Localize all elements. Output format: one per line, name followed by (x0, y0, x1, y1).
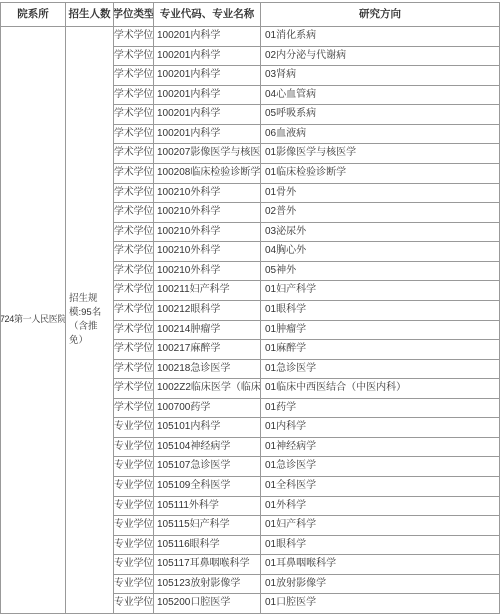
degree-type-cell: 学术学位 (114, 47, 154, 67)
degree-type-cell: 专业学位 (114, 555, 154, 575)
direction-cell: 01药学 (261, 399, 500, 419)
degree-type-cell: 学术学位 (114, 321, 154, 341)
degree-type-cell: 学术学位 (114, 281, 154, 301)
direction-cell: 04胸心外 (261, 242, 500, 262)
direction-cell: 02普外 (261, 203, 500, 223)
admission-table: 院系所 招生人数 学位类型 专业代码、专业名称 研究方向 724第一人民医院 招… (0, 2, 500, 614)
major-cell: 100207影像医学与核医学 (154, 144, 261, 164)
degree-type-cell: 学术学位 (114, 301, 154, 321)
header-degree-type: 学位类型 (114, 3, 154, 27)
major-cell: 100217麻醉学 (154, 340, 261, 360)
degree-type-cell: 学术学位 (114, 340, 154, 360)
major-cell: 100210外科学 (154, 262, 261, 282)
direction-cell: 01外科学 (261, 497, 500, 517)
major-cell: 100700药学 (154, 399, 261, 419)
degree-type-cell: 学术学位 (114, 184, 154, 204)
major-cell: 100210外科学 (154, 184, 261, 204)
major-cell: 1002Z2临床医学（临床中西医 (154, 379, 261, 399)
major-cell: 100212眼科学 (154, 301, 261, 321)
degree-type-cell: 学术学位 (114, 86, 154, 106)
degree-type-cell: 学术学位 (114, 399, 154, 419)
direction-cell: 01妇产科学 (261, 281, 500, 301)
direction-cell: 01肿瘤学 (261, 321, 500, 341)
major-cell: 105116眼科学 (154, 536, 261, 556)
degree-type-cell: 学术学位 (114, 105, 154, 125)
major-cell: 105104神经病学 (154, 438, 261, 458)
direction-cell: 02内分泌与代谢病 (261, 47, 500, 67)
degree-type-cell: 学术学位 (114, 242, 154, 262)
major-cell: 105123放射影像学 (154, 575, 261, 595)
major-cell: 100210外科学 (154, 242, 261, 262)
direction-cell: 03泌尿外 (261, 223, 500, 243)
major-cell: 105101内科学 (154, 418, 261, 438)
degree-type-cell: 专业学位 (114, 536, 154, 556)
major-cell: 105109全科医学 (154, 477, 261, 497)
department-cell: 724第一人民医院 (1, 27, 66, 614)
enrollment-cell: 招生规模:95名（含推免） (66, 27, 114, 614)
direction-cell: 01眼科学 (261, 536, 500, 556)
degree-type-cell: 学术学位 (114, 379, 154, 399)
major-cell: 100201内科学 (154, 105, 261, 125)
major-cell: 100201内科学 (154, 47, 261, 67)
direction-cell: 01临床检验诊断学 (261, 164, 500, 184)
degree-type-cell: 专业学位 (114, 516, 154, 536)
direction-cell: 01妇产科学 (261, 516, 500, 536)
degree-type-cell: 专业学位 (114, 438, 154, 458)
header-major: 专业代码、专业名称 (154, 3, 261, 27)
header-dept: 院系所 (1, 3, 66, 27)
degree-type-cell: 专业学位 (114, 575, 154, 595)
degree-type-cell: 学术学位 (114, 144, 154, 164)
direction-cell: 06血液病 (261, 125, 500, 145)
major-cell: 100218急诊医学 (154, 360, 261, 380)
direction-cell: 01耳鼻咽喉科学 (261, 555, 500, 575)
direction-cell: 01内科学 (261, 418, 500, 438)
header-direction: 研究方向 (261, 3, 500, 27)
degree-type-cell: 学术学位 (114, 164, 154, 184)
direction-cell: 01影像医学与核医学 (261, 144, 500, 164)
direction-cell: 01全科医学 (261, 477, 500, 497)
major-cell: 105117耳鼻咽喉科学 (154, 555, 261, 575)
major-cell: 105107急诊医学 (154, 457, 261, 477)
major-cell: 100211妇产科学 (154, 281, 261, 301)
major-cell: 105200口腔医学 (154, 594, 261, 614)
direction-cell: 01急诊医学 (261, 360, 500, 380)
direction-cell: 01急诊医学 (261, 457, 500, 477)
major-cell: 100214肿瘤学 (154, 321, 261, 341)
direction-cell: 01骨外 (261, 184, 500, 204)
direction-cell: 01放射影像学 (261, 575, 500, 595)
degree-type-cell: 专业学位 (114, 418, 154, 438)
degree-type-cell: 学术学位 (114, 360, 154, 380)
degree-type-cell: 学术学位 (114, 125, 154, 145)
degree-type-cell: 学术学位 (114, 66, 154, 86)
degree-type-cell: 学术学位 (114, 27, 154, 47)
direction-cell: 04心血管病 (261, 86, 500, 106)
major-cell: 100210外科学 (154, 203, 261, 223)
direction-cell: 01神经病学 (261, 438, 500, 458)
direction-cell: 01消化系病 (261, 27, 500, 47)
direction-cell: 05呼吸系病 (261, 105, 500, 125)
direction-cell: 03肾病 (261, 66, 500, 86)
degree-type-cell: 学术学位 (114, 203, 154, 223)
major-cell: 100208临床检验诊断学 (154, 164, 261, 184)
degree-type-cell: 专业学位 (114, 457, 154, 477)
header-enrollment: 招生人数 (66, 3, 114, 27)
enrollment-note: 招生规模:95名（含推免） (69, 292, 110, 347)
major-cell: 105111外科学 (154, 497, 261, 517)
degree-type-cell: 专业学位 (114, 477, 154, 497)
direction-cell: 05神外 (261, 262, 500, 282)
major-cell: 100201内科学 (154, 66, 261, 86)
degree-type-cell: 专业学位 (114, 497, 154, 517)
direction-cell: 01眼科学 (261, 301, 500, 321)
major-cell: 105115妇产科学 (154, 516, 261, 536)
major-cell: 100201内科学 (154, 125, 261, 145)
major-cell: 100201内科学 (154, 27, 261, 47)
direction-cell: 01麻醉学 (261, 340, 500, 360)
major-cell: 100210外科学 (154, 223, 261, 243)
degree-type-cell: 专业学位 (114, 594, 154, 614)
major-cell: 100201内科学 (154, 86, 261, 106)
direction-cell: 01口腔医学 (261, 594, 500, 614)
degree-type-cell: 学术学位 (114, 223, 154, 243)
degree-type-cell: 学术学位 (114, 262, 154, 282)
direction-cell: 01临床中西医结合（中医内科） (261, 379, 500, 399)
